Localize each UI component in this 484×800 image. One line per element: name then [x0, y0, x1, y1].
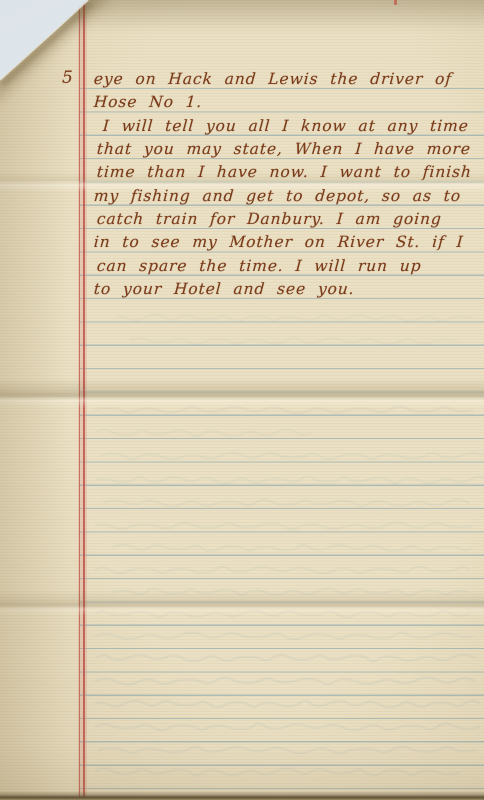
handwriting-line: Hose No 1.: [93, 91, 203, 114]
handwriting-line: in to see my Mother on River St. if I: [93, 231, 464, 254]
bottom-paper-edge: [0, 791, 484, 800]
handwriting-line: I will tell you all I know at any time: [102, 115, 470, 138]
handwriting-line: can spare the time. I will run up: [96, 255, 422, 278]
margin-number: 5: [62, 68, 73, 88]
handwriting-line: catch train for Danbury. I am going: [96, 208, 443, 231]
handwriting-line: that you may state, When I have more: [96, 138, 472, 161]
red-edge-mark: [394, 0, 397, 5]
handwriting-line: time than I have now. I want to finish: [96, 161, 473, 184]
handwriting-line: eye on Hack and Lewis the driver of: [93, 68, 453, 91]
handwriting-line: to your Hotel and see you.: [93, 278, 355, 301]
paper-sheet: 5 eye on Hack and Lewis the driver of Ho…: [0, 0, 484, 800]
handwriting-line: my fishing and get to depot, so as to: [93, 185, 462, 208]
handwriting-block: 5 eye on Hack and Lewis the driver of Ho…: [0, 0, 484, 800]
scanned-letter-page: 5 eye on Hack and Lewis the driver of Ho…: [0, 0, 484, 800]
